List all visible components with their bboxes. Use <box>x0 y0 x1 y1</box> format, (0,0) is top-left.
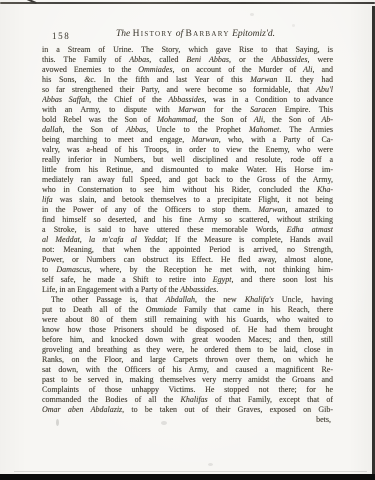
roman-text: know how those Prisoners should be dispo… <box>42 325 333 334</box>
text-line: The other Passage is, that Abdallah, the… <box>42 295 333 305</box>
roman-text: before him, and knocked down with great … <box>42 335 333 344</box>
text-line: put to Death all of the Ommiade Family t… <box>42 305 333 315</box>
body-text-column: in a Stream of Urine. The Story, which g… <box>42 45 333 425</box>
roman-text: really inferior in Numbers, but well dis… <box>42 155 333 164</box>
roman-text: , or the <box>229 55 272 64</box>
scanned-book-page: 158 The History of Barbary Epitomiz'd. i… <box>0 0 375 480</box>
italic-text: Abdallah <box>166 295 195 304</box>
roman-text: past to be served in, making themselves … <box>42 375 333 384</box>
text-line: really inferior in Numbers, but well dis… <box>42 155 333 165</box>
roman-text: , on account of the Murder of <box>172 65 303 74</box>
roman-text: this. The Family of <box>42 55 129 64</box>
roman-text: his Sons, <box>42 75 84 84</box>
scan-smudge <box>250 13 254 16</box>
text-line: with an Army, to dispute with Marwan for… <box>42 105 333 115</box>
italic-text: &c. <box>84 75 96 84</box>
roman-text: being marching to meet and engage, <box>42 135 192 144</box>
italic-text: Ab- <box>321 115 333 124</box>
roman-text: Uncle, having <box>274 295 333 304</box>
roman-text: was slain, and betook themselves to a pr… <box>53 195 333 204</box>
roman-text: , amazed to <box>286 205 334 214</box>
italic-text: Beni Abbas <box>186 55 229 64</box>
text-line: a Stroke, is said to have uttered these … <box>42 225 333 235</box>
roman-text: , where, by the Reception he met with, n… <box>90 265 333 274</box>
roman-text: put to Death all of the <box>42 305 146 314</box>
italic-text: Epitomiz'd. <box>230 29 275 39</box>
text-line: valry, was a-head of his Troops, in orde… <box>42 145 333 155</box>
roman-text: . The Armies <box>279 125 333 134</box>
roman-text: little from his Retinue, and dismounted … <box>42 165 333 174</box>
text-line: commanded the Bodies of all the Khalifas… <box>42 395 333 405</box>
italic-text: Mahomet <box>249 125 279 134</box>
italic-text: dallah <box>42 125 62 134</box>
italic-text: Omar aben Abdalaziz <box>42 405 122 414</box>
roman-text: Family that came in his Reach, there <box>177 305 333 314</box>
roman-text: groveling and breathing as they were, he… <box>42 345 333 354</box>
roman-text: of that Family, except that of <box>208 395 333 404</box>
roman-text: a Stroke, is said to have uttered these … <box>42 225 287 234</box>
italic-text: Abu'l <box>316 85 333 94</box>
roman-text: mediately ran away full Speed, and got b… <box>42 175 333 184</box>
roman-text: in a Stream of Urine. The Story, which g… <box>42 45 333 54</box>
italic-text: Ommiades <box>138 65 172 74</box>
italic-text: Marwan <box>178 105 205 114</box>
roman-text: find himself so deserted, and his fine A… <box>42 215 333 224</box>
italic-text: Mohammad <box>157 115 195 124</box>
roman-text: , the Chief of the <box>89 95 168 104</box>
text-line: Power, or Numbers can obstruct its Effec… <box>42 255 333 265</box>
text-line: sat down, with the Officers of his Army,… <box>42 365 333 375</box>
italic-text: Saracen <box>250 105 276 114</box>
roman-text: The other Passage is, that <box>51 295 166 304</box>
scan-smudge <box>208 463 213 466</box>
text-line: little from his Retinue, and dismounted … <box>42 165 333 175</box>
roman-text: , who, with a Party of Ca- <box>219 135 333 144</box>
text-line: past to be served in, making themselves … <box>42 375 333 385</box>
italic-text: al Meddat, la m'cafa al Yeddat <box>42 235 166 244</box>
roman-text: with an Army, to dispute with <box>42 105 178 114</box>
roman-text: Empire. This <box>276 105 333 114</box>
roman-text: avowed Enemies to the <box>42 65 138 74</box>
text-line: were about 80 of them still remaining wi… <box>42 315 333 325</box>
roman-text: , was in a Condition to advance <box>204 95 333 104</box>
roman-text: , the new <box>195 295 245 304</box>
text-line: dallah, the Son of Abbas, Uncle to the P… <box>42 125 333 135</box>
italic-text: Abbassides <box>180 285 216 294</box>
text-line: in a Stream of Urine. The Story, which g… <box>42 45 333 55</box>
roman-text: , and there soon lost his <box>231 275 333 284</box>
text-line: groveling and breathing as they were, he… <box>42 345 333 355</box>
text-line: who in Consternation to see him without … <box>42 185 333 195</box>
roman-text: , to be taken out of their Graves, expos… <box>122 405 333 414</box>
italic-text: Ali <box>254 115 263 124</box>
text-line: Complaints of those unhappy Victims. He … <box>42 385 333 395</box>
scan-smudge <box>292 24 295 27</box>
italic-text: Marwan <box>250 75 277 84</box>
text-line: Ranks, on the Floor, and large Carpets t… <box>42 355 333 365</box>
text-line: mediately ran away full Speed, and got b… <box>42 175 333 185</box>
roman-text: who in Consternation to see him without … <box>42 185 317 194</box>
roman-text: Ranks, on the Floor, and large Carpets t… <box>42 355 333 364</box>
text-line: avowed Enemies to the Ommiades, on accou… <box>42 65 333 75</box>
roman-text: not: Meaning, that when the appointed Pe… <box>42 245 333 254</box>
roman-text: self safe, he made a Shift to retire int… <box>42 275 213 284</box>
text-line: Abbas Saffah, the Chief of the Abbasside… <box>42 95 333 105</box>
text-line: bold Rebel was the Son of Mohammad, the … <box>42 115 333 125</box>
text-line: find himself so deserted, and his fine A… <box>42 215 333 225</box>
roman-text: Power, or Numbers can obstruct its Effec… <box>42 255 333 264</box>
roman-text: sat down, with the Officers of his Army,… <box>42 365 333 374</box>
italic-text: Egypt <box>213 275 232 284</box>
roman-text: , and <box>312 65 333 74</box>
page-header: 158 The History of Barbary Epitomiz'd. <box>42 29 333 43</box>
text-line: Omar aben Abdalaziz, to be taken out of … <box>42 405 333 415</box>
text-line: being marching to meet and engage, Marwa… <box>42 135 333 145</box>
roman-text: commanded the Bodies of all the <box>42 395 181 404</box>
text-line: his Sons, &c. In the fifth and last Year… <box>42 75 333 85</box>
text-line: know how those Prisoners should be dispo… <box>42 325 333 335</box>
italic-text: The <box>116 29 133 39</box>
roman-text: , were <box>307 55 333 64</box>
roman-text: so far strengthened their Party, and wer… <box>42 85 316 94</box>
roman-text: for the <box>205 105 250 114</box>
roman-text: were about 80 of them still remaining wi… <box>42 315 333 324</box>
roman-text: bold Rebel was the Son of <box>42 115 157 124</box>
running-title: The History of Barbary Epitomiz'd. <box>42 29 333 39</box>
text-line: Life, in an Engagement with a Party of t… <box>42 285 333 295</box>
roman-text: In the fifth and last Year of this <box>96 75 250 84</box>
text-line: before him, and knocked down with great … <box>42 335 333 345</box>
italic-text: Abbas <box>126 125 146 134</box>
roman-text: . <box>216 285 218 294</box>
italic-text: Damascus <box>56 265 89 274</box>
italic-text: Abbassides <box>271 55 307 64</box>
roman-text: Life, in an Engagement with a Party of t… <box>42 285 180 294</box>
italic-text: Abbassides <box>168 95 204 104</box>
roman-text: , Uncle to the Prophet <box>146 125 249 134</box>
italic-text: Khalifas <box>181 395 208 404</box>
italic-text: Abbas Saffah <box>42 95 89 104</box>
text-line: self safe, he made a Shift to retire int… <box>42 275 333 285</box>
roman-text: Complaints of those unhappy Victims. He … <box>42 385 333 394</box>
italic-text: Abbas <box>129 55 149 64</box>
roman-text: , the Son of <box>263 115 321 124</box>
roman-text: ; If the Measure is complete, Hands avai… <box>166 235 333 244</box>
catchword: bets, <box>42 415 333 425</box>
italic-text: Marwan <box>258 205 285 214</box>
roman-text: II. they had <box>277 75 333 84</box>
italic-text: Kha- <box>317 185 333 194</box>
body-lines: in a Stream of Urine. The Story, which g… <box>42 45 333 415</box>
scan-top-edge-artifact <box>0 2 375 4</box>
small-caps-text: History <box>133 29 174 39</box>
scan-bottom-hairline-artifact <box>14 471 367 472</box>
italic-text: Ommiade <box>146 305 177 314</box>
italic-text: Khalifa's <box>245 295 274 304</box>
text-line: in the Power of any of the Officers to s… <box>42 205 333 215</box>
italic-text: Edha atmast <box>287 225 333 234</box>
italic-text: of <box>173 29 185 39</box>
page-number: 158 <box>52 31 70 41</box>
roman-text: , called <box>149 55 186 64</box>
roman-text: , the Son of <box>196 115 254 124</box>
roman-text: to <box>42 265 56 274</box>
text-line: not: Meaning, that when the appointed Pe… <box>42 245 333 255</box>
text-line: this. The Family of Abbas, called Beni A… <box>42 55 333 65</box>
text-line: al Meddat, la m'cafa al Yeddat; If the M… <box>42 235 333 245</box>
italic-text: lifa <box>42 195 53 204</box>
roman-text: , the Son of <box>62 125 126 134</box>
text-line: lifa was slain, and betook themselves to… <box>42 195 333 205</box>
small-caps-text: Barbary <box>185 29 229 39</box>
roman-text: valry, was a-head of his Troops, in orde… <box>42 145 333 154</box>
text-line: to Damascus, where, by the Reception he … <box>42 265 333 275</box>
scan-bottom-edge-artifact <box>0 474 375 480</box>
text-line: so far strengthened their Party, and wer… <box>42 85 333 95</box>
italic-text: Marwan <box>192 135 219 144</box>
roman-text: in the Power of any of the Officers to s… <box>42 205 258 214</box>
